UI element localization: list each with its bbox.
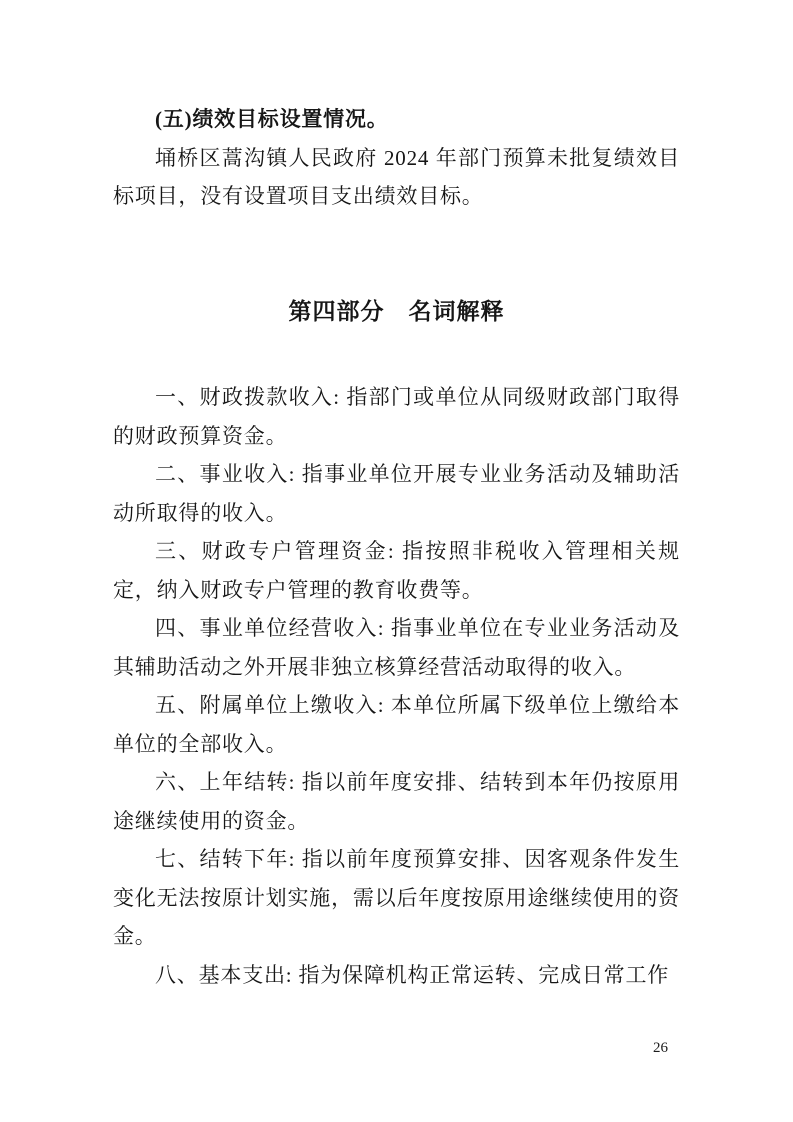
terms-list: 一、财政拨款收入: 指部门或单位从同级财政部门取得的财政预算资金。二、事业收入:… xyxy=(113,378,680,994)
term-definition: 八、基本支出: 指为保障机构正常运转、完成日常工作 xyxy=(113,956,680,995)
term-definition: 三、财政专户管理资金: 指按照非税收入管理相关规定，纳入财政专户管理的教育收费等… xyxy=(113,532,680,609)
section-five-paragraph: 埇桥区蒿沟镇人民政府 2024 年部门预算未批复绩效目标项目，没有设置项目支出绩… xyxy=(113,139,680,216)
part-four-heading: 第四部分 名词解释 xyxy=(113,291,680,331)
section-performance-targets: (五)绩效目标设置情况。 埇桥区蒿沟镇人民政府 2024 年部门预算未批复绩效目… xyxy=(113,100,680,216)
page-number: 26 xyxy=(653,1038,668,1058)
term-definition: 六、上年结转: 指以前年度安排、结转到本年仍按原用途继续使用的资金。 xyxy=(113,763,680,840)
term-definition: 四、事业单位经营收入: 指事业单位在专业业务活动及其辅助活动之外开展非独立核算经… xyxy=(113,609,680,686)
term-definition: 五、附属单位上缴收入: 本单位所属下级单位上缴给本单位的全部收入。 xyxy=(113,686,680,763)
part-four-heading-row: 第四部分 名词解释 xyxy=(113,291,680,331)
document-page: (五)绩效目标设置情况。 埇桥区蒿沟镇人民政府 2024 年部门预算未批复绩效目… xyxy=(0,0,793,1122)
term-definition: 七、结转下年: 指以前年度预算安排、因客观条件发生变化无法按原计划实施，需以后年… xyxy=(113,840,680,956)
term-definition: 二、事业收入: 指事业单位开展专业业务活动及辅助活动所取得的收入。 xyxy=(113,455,680,532)
term-definition: 一、财政拨款收入: 指部门或单位从同级财政部门取得的财政预算资金。 xyxy=(113,378,680,455)
section-five-heading: (五)绩效目标设置情况。 xyxy=(113,100,680,139)
